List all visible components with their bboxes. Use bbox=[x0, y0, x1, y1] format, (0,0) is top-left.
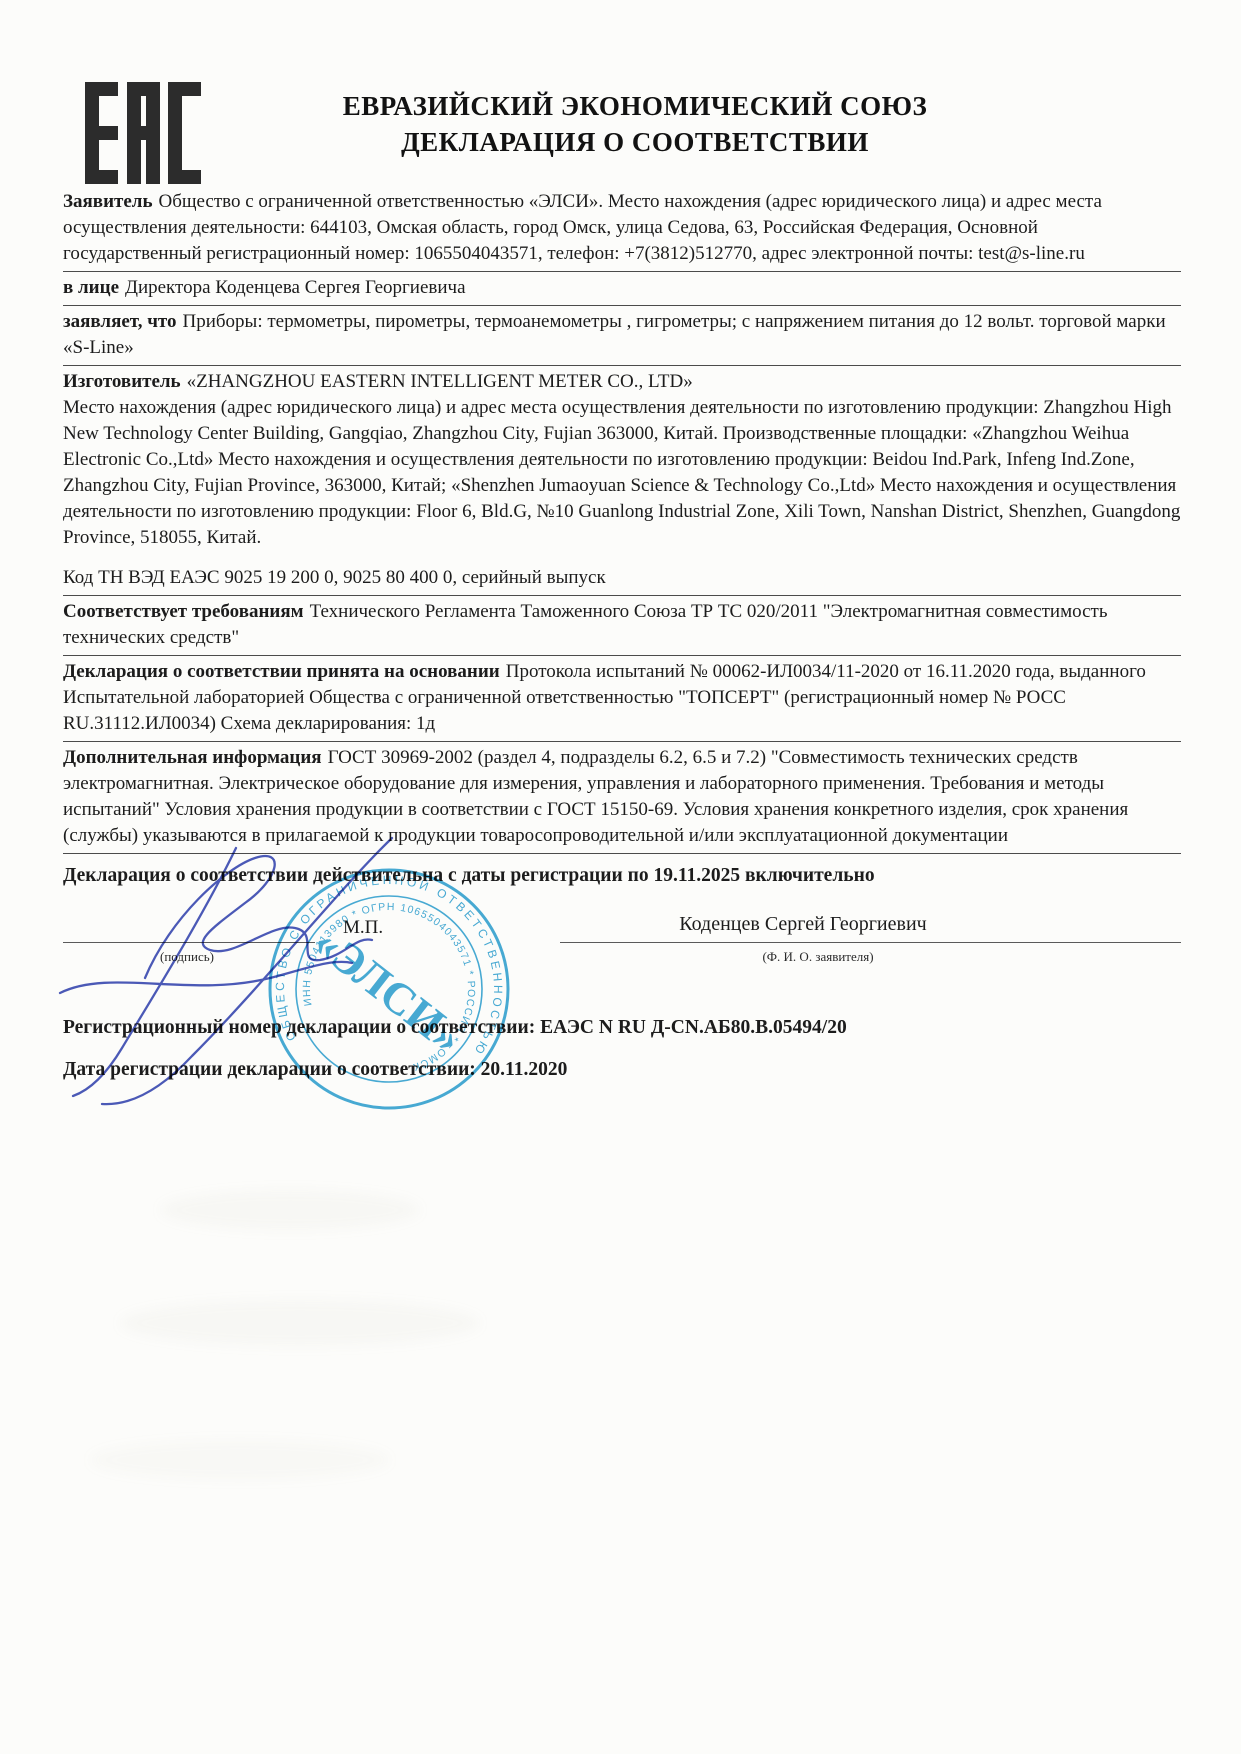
mp-seal-mark: М.П. bbox=[343, 915, 383, 941]
section-additional-info: Дополнительная информацияГОСТ 30969-2002… bbox=[63, 742, 1181, 854]
section-basis: Декларация о соответствии принята на осн… bbox=[63, 656, 1181, 742]
declaration-document: ЕВРАЗИЙСКИЙ ЭКОНОМИЧЕСКИЙ СОЮЗ ДЕКЛАРАЦИ… bbox=[0, 0, 1241, 1754]
document-title: ЕВРАЗИЙСКИЙ ЭКОНОМИЧЕСКИЙ СОЮЗ ДЕКЛАРАЦИ… bbox=[230, 88, 1040, 160]
scan-smudge bbox=[120, 1300, 480, 1346]
registration-date-value: 20.11.2020 bbox=[481, 1059, 568, 1080]
section-declares: заявляет, чтоПриборы: термометры, пироме… bbox=[63, 306, 1181, 366]
person-label: в лице bbox=[63, 277, 119, 298]
declarant-name-line bbox=[560, 942, 1181, 943]
eac-mark-logo-icon bbox=[85, 82, 201, 184]
signature-block: М.П. (подпись) Коденцев Сергей Георгиеви… bbox=[63, 889, 1181, 1001]
spacer bbox=[63, 551, 1181, 565]
basis-label: Декларация о соответствии принята на осн… bbox=[63, 661, 500, 682]
validity-statement: Декларация о соответствии действительна … bbox=[63, 854, 1181, 889]
declares-text: Приборы: термометры, пирометры, термоане… bbox=[63, 311, 1166, 358]
section-person: в лицеДиректора Коденцева Сергея Георгие… bbox=[63, 272, 1181, 306]
applicant-label: Заявитель bbox=[63, 191, 153, 212]
applicant-text: Общество с ограниченной ответственностью… bbox=[63, 191, 1102, 264]
requirements-label: Соответствует требованиям bbox=[63, 601, 304, 622]
registration-date-label: Дата регистрации декларации о соответств… bbox=[63, 1059, 476, 1080]
registration-date-row: Дата регистрации декларации о соответств… bbox=[63, 1057, 1181, 1083]
scan-smudge bbox=[160, 1190, 420, 1230]
scan-smudge bbox=[90, 1440, 390, 1480]
person-text: Директора Коденцева Сергея Георгиевича bbox=[125, 277, 466, 298]
tn-ved-code: Код ТН ВЭД ЕАЭС 9025 19 200 0, 9025 80 4… bbox=[63, 565, 1181, 591]
registration-number-label: Регистрационный номер декларации о соотв… bbox=[63, 1017, 535, 1038]
section-requirements: Соответствует требованиямТехнического Ре… bbox=[63, 596, 1181, 656]
manufacturer-name: «ZHANGZHOU EASTERN INTELLIGENT METER CO.… bbox=[187, 371, 693, 392]
title-line-declaration: ДЕКЛАРАЦИЯ О СООТВЕТСТВИИ bbox=[230, 124, 1040, 160]
manufacturer-label: Изготовитель bbox=[63, 371, 181, 392]
declarant-name-caption: (Ф. И. О. заявителя) bbox=[708, 944, 928, 970]
section-applicant: ЗаявительОбщество с ограниченной ответст… bbox=[63, 186, 1181, 272]
additional-info-label: Дополнительная информация bbox=[63, 747, 322, 768]
registration-number-row: Регистрационный номер декларации о соотв… bbox=[63, 1015, 1181, 1041]
manufacturer-address: Место нахождения (адрес юридического лиц… bbox=[63, 395, 1181, 551]
declarant-name: Коденцев Сергей Георгиевич bbox=[503, 911, 1103, 937]
document-body: ЗаявительОбщество с ограниченной ответст… bbox=[63, 186, 1181, 1083]
section-manufacturer: Изготовитель«ZHANGZHOU EASTERN INTELLIGE… bbox=[63, 366, 1181, 596]
signature-caption: (подпись) bbox=[121, 944, 253, 970]
title-line-union: ЕВРАЗИЙСКИЙ ЭКОНОМИЧЕСКИЙ СОЮЗ bbox=[230, 88, 1040, 124]
registration-number-value: ЕАЭС N RU Д-CN.АБ80.В.05494/20 bbox=[540, 1017, 847, 1038]
manufacturer-name-row: Изготовитель«ZHANGZHOU EASTERN INTELLIGE… bbox=[63, 369, 1181, 395]
signature-line bbox=[63, 942, 315, 943]
declares-label: заявляет, что bbox=[63, 311, 177, 332]
